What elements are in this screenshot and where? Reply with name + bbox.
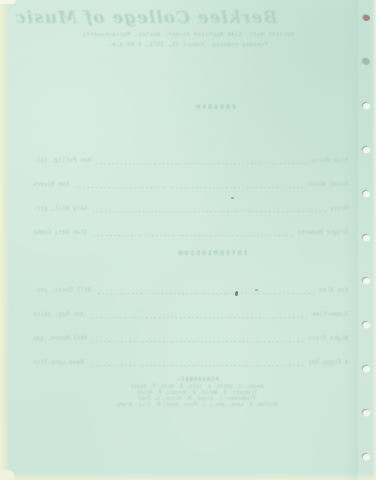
performer-name: Dave Lane Trio: [33, 359, 84, 366]
bleedthrough-personnel-lines: Reeds: J. Smith, A. Cole, B. Ward, T. Ha…: [18, 385, 376, 410]
piece-title: Misty: [330, 205, 348, 212]
performer-name: Gary Hill, gtr.: [33, 205, 87, 212]
piece-title: Summertime: [312, 311, 348, 318]
performer-name: Sam Rivers: [33, 181, 69, 188]
bleedthrough-program-heading: PROGRAM: [54, 103, 376, 111]
punch-hole: [363, 147, 370, 153]
performer-name: Stan Getz Combo: [33, 229, 87, 236]
program-row: Bright MomentsStan Getz Combo: [33, 212, 348, 236]
performer-name: Phil Moore, sax: [33, 335, 87, 342]
piece-title: Night Train: [308, 335, 348, 342]
bleedthrough-intermission-heading: INTERMISSION: [48, 249, 376, 257]
performer-name: Ken Pullig, tpt.: [33, 157, 91, 164]
program-row: SummertimeAnn Ray, voice: [33, 294, 348, 318]
dotted-leader: [92, 233, 292, 236]
program-row: Round AboutSam Rivers: [33, 164, 348, 188]
paper-edge-left: [0, 0, 9, 480]
piece-title: Con Alma: [319, 287, 348, 294]
scanned-program-page: Berklee College of Music Recital Hall, 1…: [0, 0, 376, 480]
ink-speck: [255, 289, 258, 291]
paper-corner-bottom-left: [0, 470, 14, 480]
bleedthrough-program-list: Blue BossaKen Pullig, tpt.Round AboutSam…: [33, 140, 348, 236]
piece-title: Round About: [308, 181, 348, 188]
punch-hole: [363, 366, 370, 372]
punch-hole: [363, 59, 370, 65]
paper-edge-bottom: [0, 473, 376, 480]
punch-hole: [363, 410, 370, 416]
personnel-line: Rhythm: K. Lane, pno.; J. Ford, bass; R.…: [18, 403, 376, 409]
bleedthrough-date-line: Tuesday evening, August 15, 1972, 8:00 p…: [0, 42, 376, 48]
bleedthrough-venue-line: Recital Hall, 1140 Boylston Street, Bost…: [0, 32, 376, 38]
performer-name: Bill Davis, pno.: [33, 287, 91, 294]
piece-title: Blue Bossa: [312, 157, 348, 164]
paper-corner-top-left: [0, 0, 16, 4]
program-row: MistyGary Hill, gtr.: [33, 188, 348, 212]
punch-hole: [363, 15, 370, 21]
punch-hole: [363, 278, 370, 284]
punch-hole: [363, 235, 370, 241]
bleedthrough-personnel-heading: PERSONNEL:: [18, 377, 376, 383]
performer-name: Ann Ray, voice: [33, 311, 84, 318]
program-row: Night TrainPhil Moore, sax: [33, 318, 348, 342]
punch-hole: [363, 103, 370, 109]
ink-speck: [231, 197, 234, 199]
program-row: Blue BossaKen Pullig, tpt.: [33, 140, 348, 164]
bleedthrough-personnel-block: PERSONNEL: Reeds: J. Smith, A. Cole, B. …: [18, 377, 376, 409]
punch-hole: [363, 191, 370, 197]
piece-title: A Foggy Day: [308, 359, 348, 366]
bleedthrough-college-title: Berklee College of Music: [0, 8, 292, 28]
bleedthrough-second-half-list: Con AlmaBill Davis, pno.SummertimeAnn Ra…: [33, 270, 348, 366]
punch-hole: [363, 454, 370, 460]
piece-title: Bright Moments: [297, 229, 348, 236]
punch-hole: [363, 322, 370, 328]
program-row: A Foggy DayDave Lane Trio: [33, 342, 348, 366]
dotted-leader: [89, 363, 304, 366]
program-row: Con AlmaBill Davis, pno.: [33, 270, 348, 294]
